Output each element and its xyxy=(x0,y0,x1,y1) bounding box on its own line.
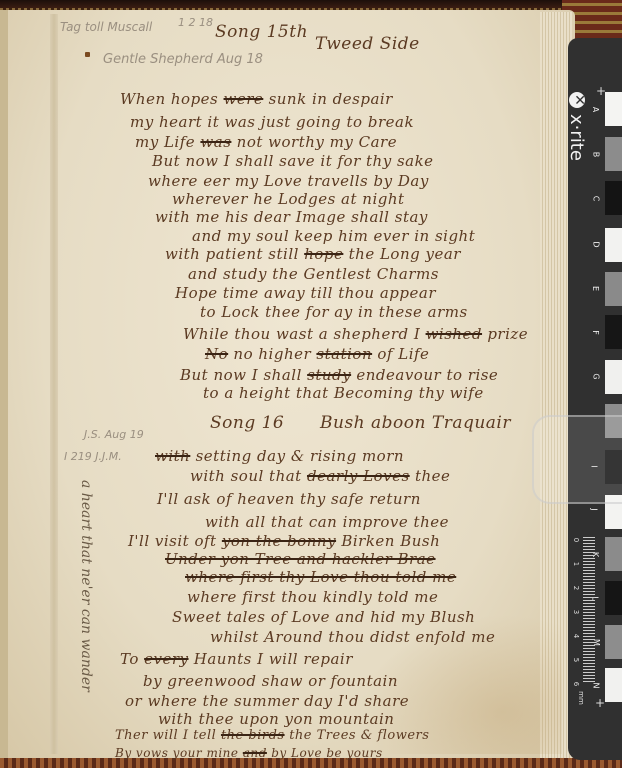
song16-note-1: J.S. Aug 19 xyxy=(84,428,144,441)
patch-f xyxy=(605,315,622,349)
patch-label-b: B xyxy=(591,152,600,158)
song16-note-2: I 219 J.J.M. xyxy=(64,450,122,463)
song16-line-13: or where the summer day I'd share xyxy=(125,692,409,710)
song16-line-12: by greenwood shaw or fountain xyxy=(143,672,398,690)
margin-note-top-left: Tag toll Muscall xyxy=(60,20,152,34)
song15-line-13: While thou wast a shepherd I wished priz… xyxy=(183,325,528,343)
song15-line-3: my Life was not worthy my Care xyxy=(135,133,397,151)
song16-line-10: whilst Around thou didst enfold me xyxy=(210,628,495,646)
patch-label-c: C xyxy=(591,196,600,202)
ruler-number-5: 5 xyxy=(572,658,580,662)
patch-label-a: A xyxy=(591,107,600,112)
song15-line-14: No no higher station of Life xyxy=(205,345,429,363)
song15-line-2: my heart it was just going to break xyxy=(130,113,414,131)
song15-line-9: with patient still hope the Long year xyxy=(165,245,461,263)
patch-n xyxy=(605,668,622,702)
song15-line-1: When hopes were sunk in despair xyxy=(120,90,393,108)
tune-note: Gentle Shepherd Aug 18 xyxy=(103,52,263,67)
song16-line-5: I'll visit oft yon the bonny Birken Bush xyxy=(128,532,440,550)
ruler-number-4: 4 xyxy=(572,634,580,638)
ruler-number-6: 6 xyxy=(572,682,580,686)
patch-b xyxy=(605,137,622,171)
song15-line-5: where eer my Love travells by Day xyxy=(148,172,429,190)
song16-line-2: with soul that dearly Loves thee xyxy=(190,467,450,485)
song16-line-16: By vows your mine and by Love be yours xyxy=(115,746,383,760)
patch-a xyxy=(605,92,622,126)
song16-line-14: with thee upon yon mountain xyxy=(158,710,394,728)
song16-line-4: with all that can improve thee xyxy=(205,513,449,531)
patch-label-n: N xyxy=(591,683,600,689)
song16-line-11: To every Haunts I will repair xyxy=(120,650,353,668)
ruler-number-1: 1 xyxy=(572,562,580,566)
song16-tune: Bush aboon Traquair xyxy=(320,413,511,433)
song15-line-16: to a height that Becoming thy wife xyxy=(203,384,484,402)
vertical-margin-note: a heart that ne'er can wander xyxy=(78,480,94,692)
patch-d xyxy=(605,228,622,262)
patch-c xyxy=(605,181,622,215)
song15-line-7: with me his dear Image shall stay xyxy=(155,208,428,226)
song16-line-9: Sweet tales of Love and hid my Blush xyxy=(172,608,475,626)
millimeter-ruler xyxy=(583,535,595,682)
patch-k xyxy=(605,537,622,571)
patch-e xyxy=(605,272,622,306)
page-fold-strip xyxy=(50,14,58,754)
xrite-logo-icon xyxy=(569,92,585,108)
song16-line-8: where first thou kindly told me xyxy=(187,588,438,606)
song16-line-6: Under yon Tree and hackler Brae xyxy=(165,550,436,568)
ruler-number-2: 2 xyxy=(572,586,580,590)
ruler-number-3: 3 xyxy=(572,610,580,614)
song15-line-12: to Lock thee for ay in these arms xyxy=(200,303,468,321)
patch-label-e: E xyxy=(591,286,600,291)
patch-m xyxy=(605,625,622,659)
song16-title: Song 16 xyxy=(210,413,284,433)
song15-tune: Tweed Side xyxy=(315,34,420,54)
song16-line-3: I'll ask of heaven thy safe return xyxy=(157,490,421,508)
song15-line-15: But now I shall study endeavour to rise xyxy=(180,366,498,384)
song15-line-8: and my soul keep him ever in sight xyxy=(192,227,475,245)
ruler-unit: mm xyxy=(577,691,585,705)
margin-note-number: 1 2 18 xyxy=(178,16,213,29)
ink-blot xyxy=(85,52,90,57)
patch-label-f: F xyxy=(591,330,600,335)
song16-line-7: where first thy Love thou told me xyxy=(185,568,456,586)
page-gutter xyxy=(0,10,8,760)
ruler-number-0: 0 xyxy=(572,538,580,542)
song16-line-1: with setting day & rising morn xyxy=(155,447,404,465)
xrite-brand-text: x·rite xyxy=(566,114,587,161)
song15-title: Song 15th xyxy=(215,22,308,42)
song15-line-10: and study the Gentlest Charms xyxy=(188,265,439,283)
transparent-page-clip xyxy=(532,415,622,504)
song15-line-4: But now I shall save it for thy sake xyxy=(152,152,434,170)
song15-line-6: wherever he Lodges at night xyxy=(172,190,405,208)
patch-label-j: J xyxy=(590,508,599,510)
song16-line-15: Ther will I tell the birds the Trees & f… xyxy=(115,728,429,743)
patch-g xyxy=(605,360,622,394)
patch-l xyxy=(605,581,622,615)
patch-label-d: D xyxy=(592,241,601,247)
song15-line-11: Hope time away till thou appear xyxy=(175,284,436,302)
patch-label-g: G xyxy=(592,373,601,379)
crosshair-bottom-icon: + xyxy=(595,696,605,710)
